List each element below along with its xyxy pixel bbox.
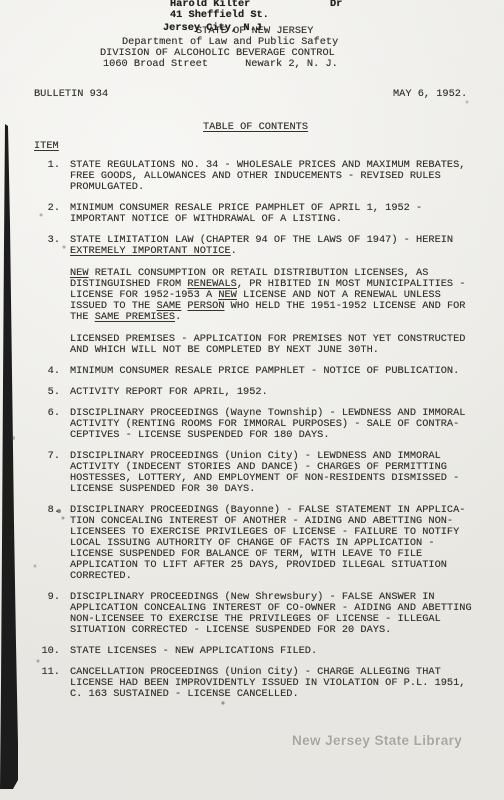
- toc-item-line: LICENSE SUSPENDED FOR 30 DAYS.: [70, 484, 459, 495]
- toc-item-paragraph: STATE REGULATIONS NO. 34 - WHOLESALE PRI…: [70, 160, 465, 193]
- toc-item: 1.STATE REGULATIONS NO. 34 - WHOLESALE P…: [34, 160, 484, 193]
- toc-item-paragraph: DISCIPLINARY PROCEEDINGS (New Shrewsbury…: [70, 592, 472, 636]
- toc-item-paragraph: DISCIPLINARY PROCEEDINGS (Bayonne) - FAL…: [70, 505, 465, 582]
- toc-line-segment: IMPORTANT NOTICE OF WITHDRAWAL OF A LIST…: [70, 213, 342, 225]
- toc-item-line: CORRECTED.: [70, 571, 465, 582]
- toc-line-segment: C. 163 SUSTAINED - LICENSE CANCELLED.: [70, 688, 299, 700]
- scanned-bulletin-page: Harold Kilter Dr 41 Sheffield St. Jersey…: [0, 0, 504, 800]
- toc-item-line: ACTIVITY REPORT FOR APRIL, 1952.: [70, 387, 268, 398]
- toc-item-text: STATE REGULATIONS NO. 34 - WHOLESALE PRI…: [70, 160, 465, 193]
- toc-line-segment: CEPTIVES - LICENSE SUSPENDED FOR 180 DAY…: [70, 429, 330, 441]
- letterhead-address: 1060 Broad Street Newark 2, N. J.: [103, 59, 338, 70]
- toc-item-text: MINIMUM CONSUMER RESALE PRICE PAMPHLET O…: [70, 203, 422, 225]
- toc-item: 8.DISCIPLINARY PROCEEDINGS (Bayonne) - F…: [34, 505, 484, 582]
- toc-item-number: 2.: [34, 203, 60, 214]
- toc-line-segment: WHO HELD THE 1951-1952 LICENSE AND FOR: [225, 300, 466, 312]
- toc-item: 11.CANCELLATION PROCEEDINGS (Union City)…: [34, 667, 484, 700]
- toc-item-line: STATE LICENSES - NEW APPLICATIONS FILED.: [70, 646, 317, 657]
- toc-item-paragraph: ACTIVITY REPORT FOR APRIL, 1952.: [70, 387, 268, 398]
- toc-item: 7.DISCIPLINARY PROCEEDINGS (Union City) …: [34, 451, 484, 495]
- toc-item-line: IMPORTANT NOTICE OF WITHDRAWAL OF A LIST…: [70, 214, 422, 225]
- toc-line-segment: .: [175, 311, 181, 323]
- toc-item: 3.STATE LIMITATION LAW (CHAPTER 94 OF TH…: [34, 235, 484, 356]
- toc-item-paragraph: CANCELLATION PROCEEDINGS (Union City) - …: [70, 667, 465, 700]
- toc-item-paragraph: STATE LIMITATION LAW (CHAPTER 94 OF THE …: [70, 235, 466, 257]
- toc-item-number: 11.: [34, 667, 60, 678]
- toc-item: 2.MINIMUM CONSUMER RESALE PRICE PAMPHLET…: [34, 203, 484, 225]
- toc-line-segment: AND WHICH WILL NOT BE COMPLETED BY NEXT …: [70, 344, 379, 356]
- toc-item: 10.STATE LICENSES - NEW APPLICATIONS FIL…: [34, 646, 484, 657]
- toc-item: 6.DISCIPLINARY PROCEEDINGS (Wayne Townsh…: [34, 408, 484, 441]
- toc-item-paragraph: MINIMUM CONSUMER RESALE PRICE PAMPHLET -…: [70, 366, 459, 377]
- toc-item-number: 1.: [34, 160, 60, 171]
- toc-item-number: 8.: [34, 505, 60, 516]
- toc-item: 4.MINIMUM CONSUMER RESALE PRICE PAMPHLET…: [34, 366, 484, 377]
- toc-line-segment: PERSON: [187, 300, 224, 312]
- toc-item-text: STATE LICENSES - NEW APPLICATIONS FILED.: [70, 646, 317, 657]
- toc-item-paragraph: LICENSED PREMISES - APPLICATION FOR PREM…: [70, 334, 466, 356]
- toc-item: 9.DISCIPLINARY PROCEEDINGS (New Shrewsbu…: [34, 592, 484, 636]
- toc-item-line: AND WHICH WILL NOT BE COMPLETED BY NEXT …: [70, 345, 466, 356]
- bulletin-date: MAY 6, 1952.: [393, 89, 467, 100]
- toc-line-segment: .: [231, 245, 237, 257]
- recipient-title: Dr: [330, 0, 342, 10]
- toc-item-line: MINIMUM CONSUMER RESALE PRICE PAMPHLET -…: [70, 366, 459, 377]
- toc-line-segment: SITUATION CORRECTED - LICENSE SUSPENDED …: [70, 624, 391, 636]
- toc-item-text: DISCIPLINARY PROCEEDINGS (Union City) - …: [70, 451, 459, 495]
- recipient-street: 41 Sheffield St.: [170, 10, 269, 21]
- toc-item-text: DISCIPLINARY PROCEEDINGS (Bayonne) - FAL…: [70, 505, 465, 582]
- toc-item-line: CEPTIVES - LICENSE SUSPENDED FOR 180 DAY…: [70, 430, 465, 441]
- toc-item-text: STATE LIMITATION LAW (CHAPTER 94 OF THE …: [70, 235, 466, 356]
- toc-item-number: 5.: [34, 387, 60, 398]
- toc-line-segment: SAME PREMISES: [95, 311, 175, 323]
- toc-item-number: 3.: [34, 235, 60, 246]
- bulletin-number: BULLETIN 934: [34, 89, 108, 100]
- toc-item-paragraph: NEW RETAIL CONSUMPTION OR RETAIL DISTRIB…: [70, 268, 466, 323]
- scan-gutter-band: [0, 124, 22, 792]
- recipient-city: Jersey City, N.J.: [163, 23, 268, 34]
- toc-item-line: PROMULGATED.: [70, 182, 465, 193]
- toc-item-number: 4.: [34, 366, 60, 377]
- toc-item-line: EXTREMELY IMPORTANT NOTICE.: [70, 246, 466, 257]
- toc-item-paragraph: DISCIPLINARY PROCEEDINGS (Union City) - …: [70, 451, 459, 495]
- toc-item-line: SITUATION CORRECTED - LICENSE SUSPENDED …: [70, 625, 472, 636]
- toc-line-segment: THE: [70, 311, 95, 323]
- toc-item-paragraph: DISCIPLINARY PROCEEDINGS (Wayne Township…: [70, 408, 465, 441]
- toc-line-segment: MINIMUM CONSUMER RESALE PRICE PAMPHLET -…: [70, 365, 459, 377]
- toc-items-header: ITEM: [34, 141, 59, 152]
- toc-line-segment: ACTIVITY REPORT FOR APRIL, 1952.: [70, 386, 268, 398]
- toc-item-line: C. 163 SUSTAINED - LICENSE CANCELLED.: [70, 689, 465, 700]
- scan-noise: [0, 0, 2, 2]
- toc-line-segment: LICENSE SUSPENDED FOR 30 DAYS.: [70, 483, 255, 495]
- toc-line-segment: PROMULGATED.: [70, 181, 144, 193]
- toc-item-line: THE SAME PREMISES.: [70, 312, 466, 323]
- library-stamp: New Jersey State Library: [292, 733, 462, 748]
- toc-item-number: 7.: [34, 451, 60, 462]
- toc-line-segment: STATE LICENSES - NEW APPLICATIONS FILED.: [70, 645, 317, 657]
- toc-line-segment: CORRECTED.: [70, 570, 132, 582]
- toc-item-paragraph: STATE LICENSES - NEW APPLICATIONS FILED.: [70, 646, 317, 657]
- toc-item-text: DISCIPLINARY PROCEEDINGS (Wayne Township…: [70, 408, 465, 441]
- toc-item: 5.ACTIVITY REPORT FOR APRIL, 1952.: [34, 387, 484, 398]
- toc-item-paragraph: MINIMUM CONSUMER RESALE PRICE PAMPHLET O…: [70, 203, 422, 225]
- toc-line-segment: EXTREMELY IMPORTANT NOTICE: [70, 245, 231, 257]
- toc-item-text: DISCIPLINARY PROCEEDINGS (New Shrewsbury…: [70, 592, 472, 636]
- toc-item-text: CANCELLATION PROCEEDINGS (Union City) - …: [70, 667, 465, 700]
- toc-item-number: 6.: [34, 408, 60, 419]
- toc-item-text: ACTIVITY REPORT FOR APRIL, 1952.: [70, 387, 268, 398]
- toc-title: TABLE OF CONTENTS: [203, 122, 308, 133]
- toc-item-number: 9.: [34, 592, 60, 603]
- toc-item-text: MINIMUM CONSUMER RESALE PRICE PAMPHLET -…: [70, 366, 459, 377]
- toc-item-number: 10.: [34, 646, 60, 657]
- toc-item-list: 1.STATE REGULATIONS NO. 34 - WHOLESALE P…: [34, 160, 484, 700]
